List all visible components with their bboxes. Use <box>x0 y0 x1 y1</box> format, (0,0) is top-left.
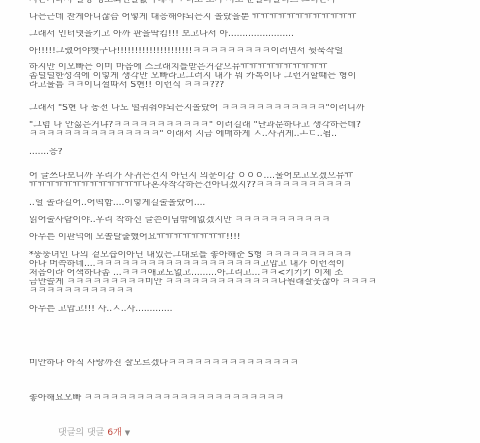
comment-text-line: 금만쓸게 ㅋㅋㅋㅋㅋㅋㅋㅋㅋ미안 ㅋㅋㅋㅋㅋㅋㅋㅋㅋㅋㅋㅋㅋ나원래잘웃잖아 ㅋㅋ… <box>29 278 474 287</box>
comment-text-line: .......응? <box>29 148 474 157</box>
comment-page: 지는거라서 일정 정보회원들값아해서 ㅜ리보 보가 서로 눈물퍄둘리브 그리는가… <box>0 0 480 443</box>
chevron-down-icon: ▼ <box>125 428 130 439</box>
comment-text-line: 아무튼 고맙고!!! 사..ㅅ..사............. <box>29 305 474 314</box>
comment-text-line: 그래서 인터넷을키고 아까 판을딱킴!!! 보고나서 아............… <box>29 30 474 39</box>
comment-text-line: 나는근데 찬게아니잖슴 어떻게 대응해야되는지 몰랐을뿐 ㅠㅠㅠㅠㅠㅠㅠㅠㅠㅠㅠ… <box>29 13 474 22</box>
comment-text-line: "그럼 나 안싫은거냐?ㅋㅋㅋㅋㅋㅋㅋㅋㅋㅋㅋ" 이러길래 "난과분하다고 생각… <box>29 121 474 130</box>
comment-text-line: 읽어줄사람이야..우리 착하신 글쓴이님밖에없겠지만 ㅋㅋㅋㅋㅋㅋㅋㅋㅋㅋㅋ <box>29 216 474 225</box>
comment-text-line: ㅠㅠㅠㅠㅠㅠㅠㅠㅠㅠㅠㅠㅠ나혼자착각하는건아니겠지??ㅋㅋㅋㅋㅋㅋㅋㅋㅋㅋㅋ <box>29 181 474 190</box>
comment-text-line: 어 글쓰다보니까 우리가 사귀는건지 아닌지 의문이감 ㅇㅇㅇ....물어보고오… <box>29 172 474 181</box>
comment-text-line: 미안하다 아직 사랑까진 잘모르겠다ㅋㅋㅋㅋㅋㅋㅋㅋㅋㅋㅋㅋㅋㅋㅋ <box>29 359 474 368</box>
comment-text-line: ..헐 졸라길어..어떡함....이렇게길줄몰랐어.... <box>29 199 474 208</box>
comment-text-line: 그래서 "S현 나 동전 나도 떨궈줘야되는지몰랐어 ㅋㅋㅋㅋㅋㅋㅋㅋㅋㅋㅋㅋ"… <box>29 104 474 113</box>
replies-toggle[interactable]: 댓글의 댓글 6개 ▼ <box>58 428 130 439</box>
comment-text-line: *뚱뚱녀인 나의 겉모습이아닌 내있는그대로를 좋아해준 S형 ㅋㅋㅋㅋㅋㅋㅋㅋ… <box>29 251 474 260</box>
comment-text-line: 라고불름 ㅋㅋ이니셜따서 S현!! 이런식 ㅋㅋㅋ??? <box>29 81 474 90</box>
comment-text-line: 아!!!!!그랬어야햇구나!!!!!!!!!!!!!!!!!!!!!ㅋㅋㅋㅋㅋㅋ… <box>29 47 474 56</box>
comment-body: 지는거라서 일정 정보회원들값아해서 ㅜ리보 보가 서로 눈물퍄둘리브 그리는가… <box>0 0 480 443</box>
comment-text-line: 좋아해요오빠 ㅋㅋㅋㅋㅋㅋㅋㅋㅋㅋㅋㅋㅋㅋㅋㅋㅋㅋㅋㅋㅋㅋㅋ <box>29 394 474 403</box>
comment-text-line: 아나 머쓱하네....ㅋㅋㅋㅋㅋㅋㅋㅋㅋㅋㅋㅋㅋㅋㅋㅋㅋㅋㅋ고맙고 내가 이런적… <box>29 260 474 269</box>
replies-count: 6개 <box>107 428 121 439</box>
comment-text-line: 지는거라서 일정 정보회원들값아해서 ㅜ리보 보가 서로 눈물퍄둘리브 그리는가 <box>29 0 474 5</box>
comment-text-line: 처음이라 어색하다좀 ...ㅋㅋㅋ애교도없고.........아그리고...ㅋㅋ… <box>29 269 474 278</box>
replies-label: 댓글의 댓글 <box>58 428 104 439</box>
comment-text-line: 좀털털한성격에 이렇게 생각만 오빠라고그러지 내가 뭐 카톡이나 그런거할때는… <box>29 72 474 81</box>
comment-text-line: ㅋㅋㅋㅋㅋㅋㅋㅋㅋㅋㅋㅋㅋㅋㅋ" 이래서 지금 에매하게 ㅅ..사귀게..ㅗㄷ.… <box>29 130 474 139</box>
comment-text-line: 아무튼 이판덕에 모쏠탈출했어요ㅠㅠㅠㅠㅠㅠㅠㅠ!!!! <box>29 233 474 242</box>
comment-text-line: ㅋㅋㅋㅋㅋㅋㅋㅋㅋㅋㅋㅋ <box>29 287 474 296</box>
comment-text-line: 하지만 이오빠는 이미 마음에 스크래치를받은거같으뮤ㅠㅠㅠㅠㅠㅠㅠㅠㅠㅠ <box>29 63 474 72</box>
